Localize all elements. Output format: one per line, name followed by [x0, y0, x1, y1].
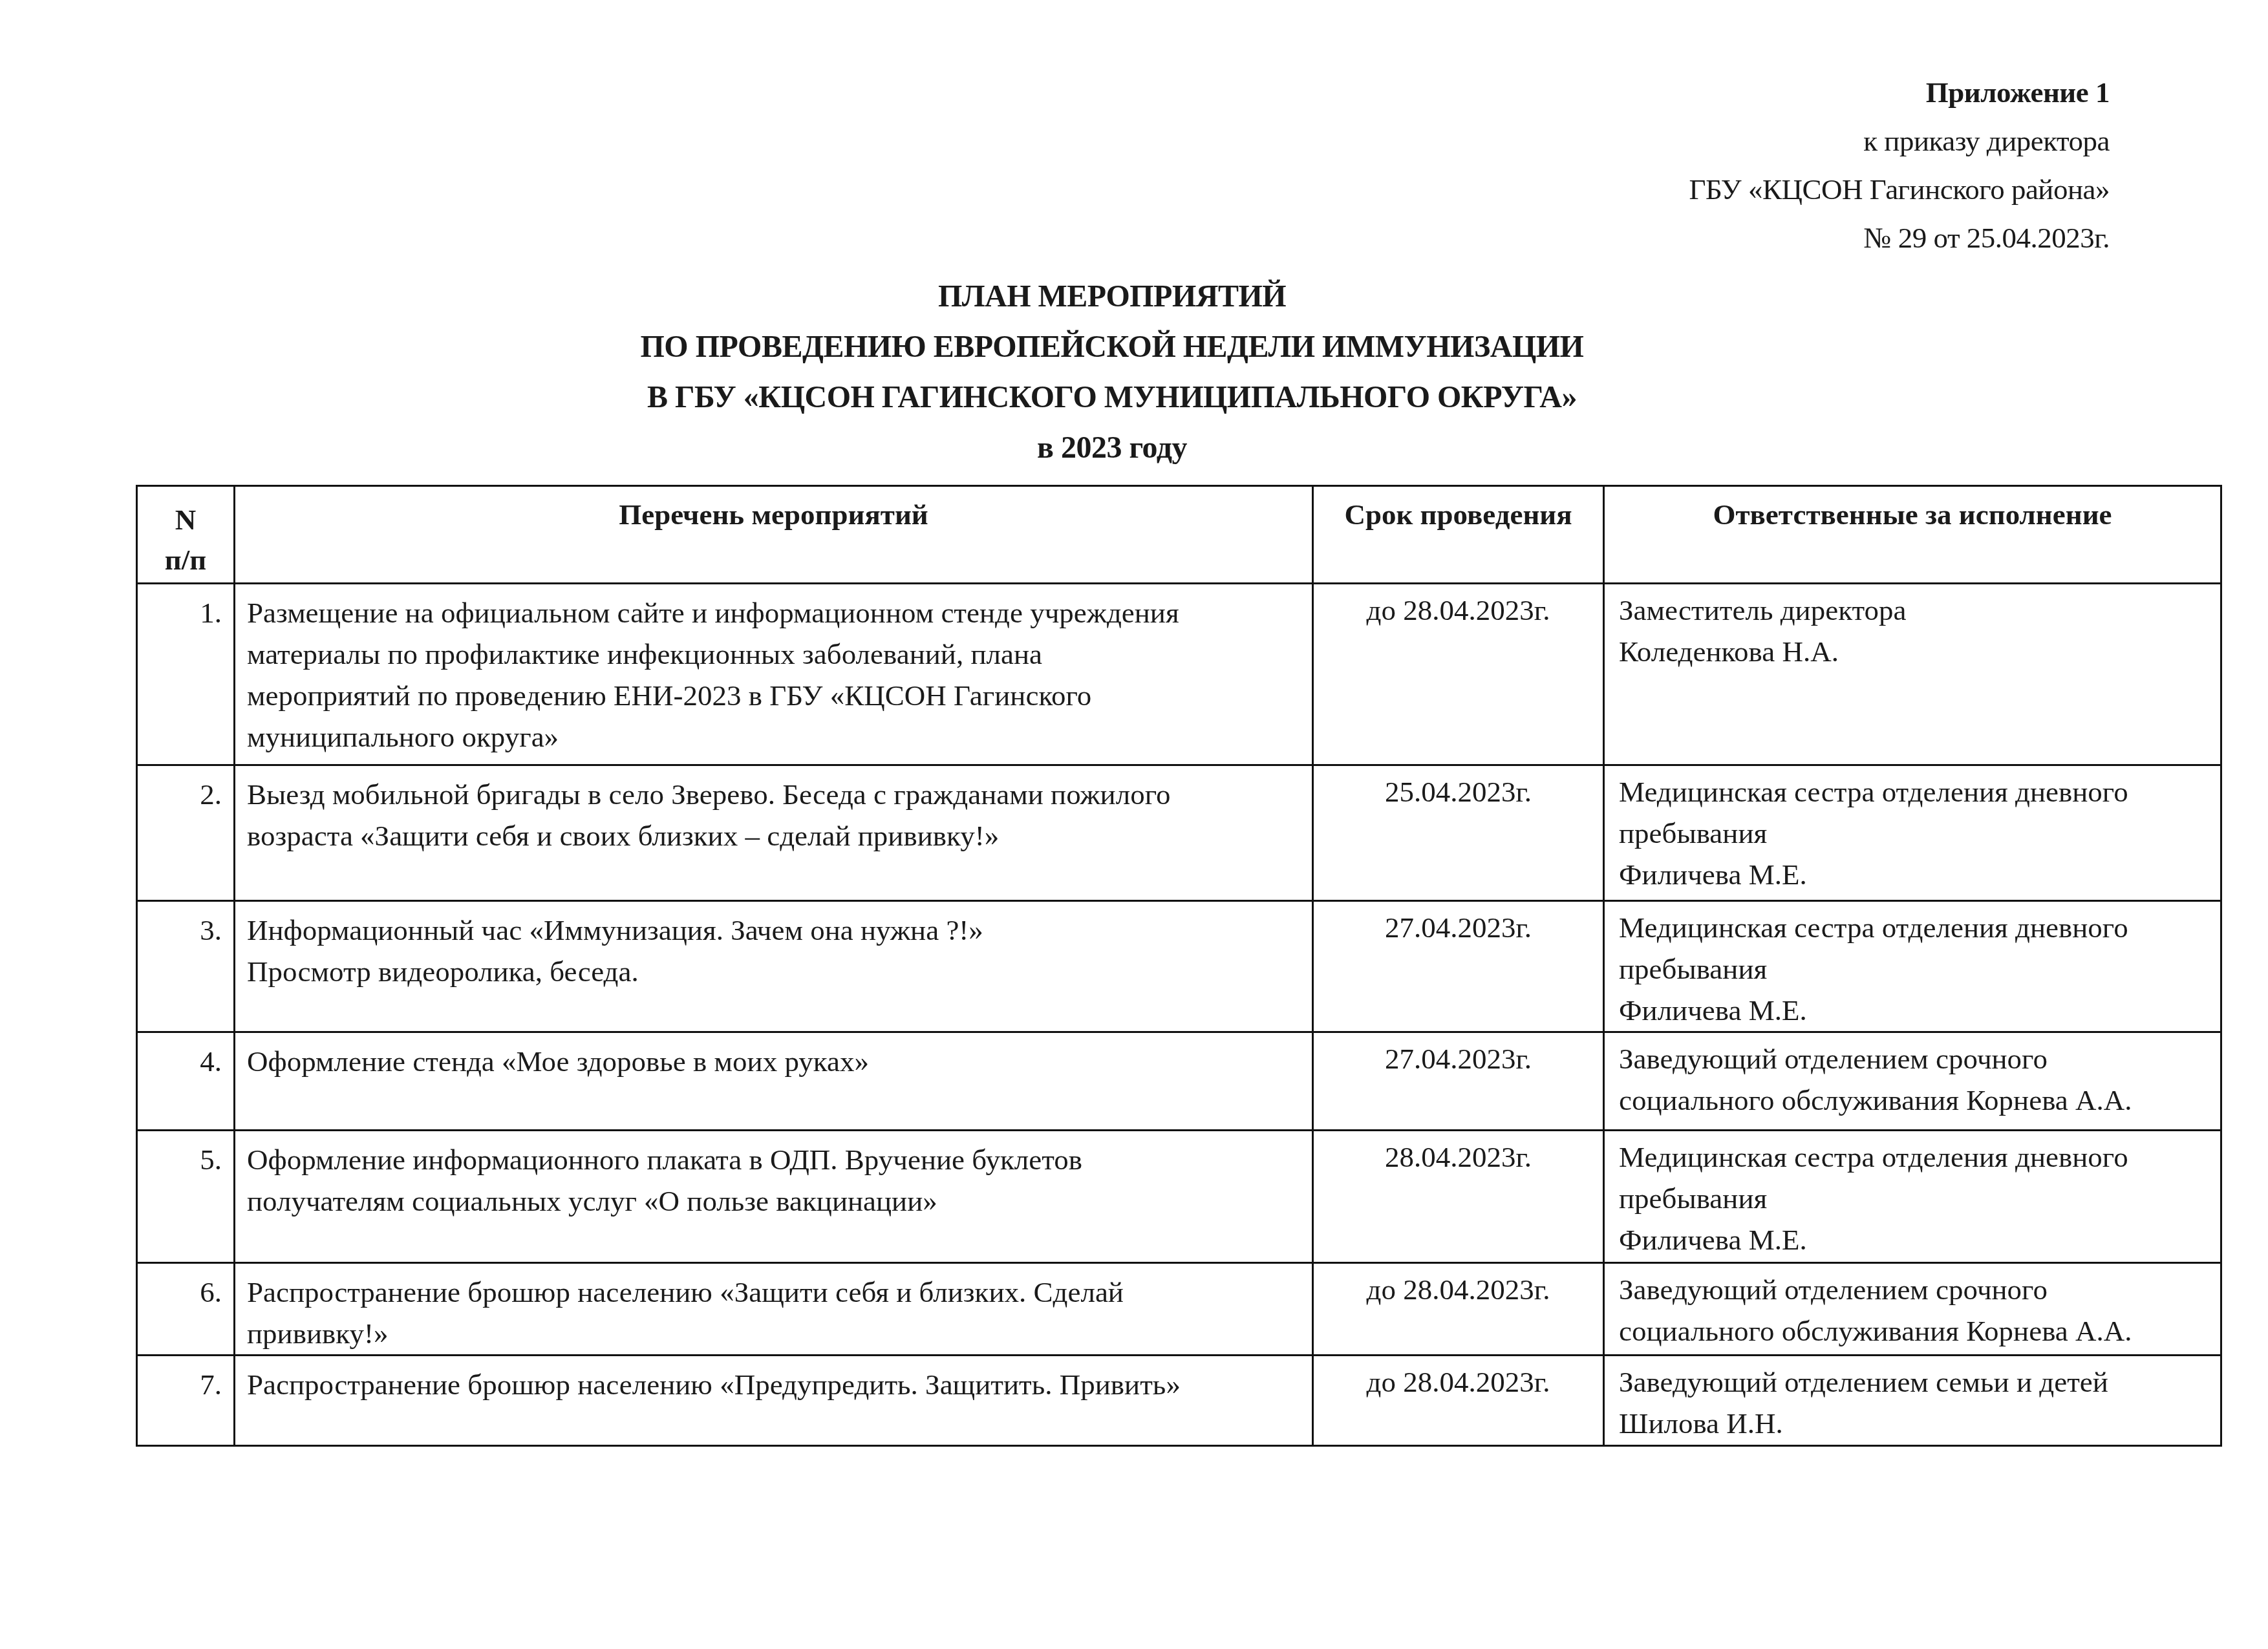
activity-cell: Оформление информационного плаката в ОДП…	[235, 1131, 1313, 1263]
table-row: 7.Распространение брошюр населению «Пред…	[137, 1356, 2221, 1446]
responsible-cell: Заместитель директораКоледенкова Н.А.	[1604, 584, 2221, 765]
date-cell: 25.04.2023г.	[1313, 765, 1604, 901]
responsible-cell: Медицинская сестра отделения дневногопре…	[1604, 765, 2221, 901]
responsible-line: Заведующий отделением срочного	[1619, 1038, 2216, 1080]
responsible-cell: Медицинская сестра отделения дневногопре…	[1604, 1131, 2221, 1263]
title-line: В ГБУ «КЦСОН ГАГИНСКОГО МУНИЦИПАЛЬНОГО О…	[0, 372, 2224, 423]
title-line: ПО ПРОВЕДЕНИЮ ЕВРОПЕЙСКОЙ НЕДЕЛИ ИММУНИЗ…	[0, 322, 2224, 372]
responsible-line: Шилова И.Н.	[1619, 1403, 2216, 1444]
activity-cell: Распространение брошюр населению «Защити…	[235, 1263, 1313, 1356]
activity-line: возраста «Защити себя и своих близких – …	[247, 815, 1305, 856]
activity-line: материалы по профилактике инфекционных з…	[247, 633, 1305, 675]
responsible-line: пребывания	[1619, 1178, 2216, 1219]
header-date: Срок проведения	[1313, 486, 1604, 584]
responsible-line: Филичева М.Е.	[1619, 854, 2216, 895]
row-number: 6.	[137, 1263, 235, 1356]
title-year: в 2023 году	[0, 423, 2224, 473]
responsible-line: пребывания	[1619, 948, 2216, 990]
date-cell: 27.04.2023г.	[1313, 1032, 1604, 1131]
activity-line: Оформление стенда «Мое здоровье в моих р…	[247, 1041, 1305, 1082]
title-line: ПЛАН МЕРОПРИЯТИЙ	[0, 271, 2224, 322]
activity-cell: Размещение на официальном сайте и информ…	[235, 584, 1313, 765]
responsible-cell: Заведующий отделением срочногосоциальног…	[1604, 1032, 2221, 1131]
responsible-cell: Медицинская сестра отделения дневногопре…	[1604, 901, 2221, 1032]
responsible-line: Коледенкова Н.А.	[1619, 631, 2216, 672]
responsible-line: Медицинская сестра отделения дневного	[1619, 907, 2216, 948]
table-row: 4.Оформление стенда «Мое здоровье в моих…	[137, 1032, 2221, 1131]
table-row: 1.Размещение на официальном сайте и инфо…	[137, 584, 2221, 765]
activity-cell: Оформление стенда «Мое здоровье в моих р…	[235, 1032, 1313, 1131]
responsible-line: Заместитель директора	[1619, 590, 2216, 631]
appendix-line: ГБУ «КЦСОН Гагинского района»	[1689, 165, 2110, 214]
table-body: 1.Размещение на официальном сайте и инфо…	[137, 584, 2221, 1446]
row-number: 4.	[137, 1032, 235, 1131]
responsible-line: Филичева М.Е.	[1619, 1219, 2216, 1261]
activity-line: Распространение брошюр населению «Предуп…	[247, 1364, 1305, 1405]
table-row: 2.Выезд мобильной бригады в село Зверево…	[137, 765, 2221, 901]
document-title: ПЛАН МЕРОПРИЯТИЙ ПО ПРОВЕДЕНИЮ ЕВРОПЕЙСК…	[0, 271, 2224, 473]
row-number: 5.	[137, 1131, 235, 1263]
responsible-line: социального обслуживания Корнева А.А.	[1619, 1310, 2216, 1352]
date-cell: до 28.04.2023г.	[1313, 1356, 1604, 1446]
plan-table: N п/п Перечень мероприятий Срок проведен…	[136, 485, 2222, 1447]
header-activity: Перечень мероприятий	[235, 486, 1313, 584]
header-number-line: N	[138, 500, 233, 540]
activity-line: получателям социальных услуг «О пользе в…	[247, 1180, 1305, 1222]
activity-line: Распространение брошюр населению «Защити…	[247, 1271, 1305, 1313]
date-cell: до 28.04.2023г.	[1313, 1263, 1604, 1356]
header-responsible: Ответственные за исполнение	[1604, 486, 2221, 584]
date-cell: 28.04.2023г.	[1313, 1131, 1604, 1263]
row-number: 1.	[137, 584, 235, 765]
header-number: N п/п	[137, 486, 235, 584]
activity-line: Размещение на официальном сайте и информ…	[247, 592, 1305, 633]
activity-line: мероприятий по проведению ЕНИ-2023 в ГБУ…	[247, 675, 1305, 716]
activity-cell: Информационный час «Иммунизация. Зачем о…	[235, 901, 1313, 1032]
row-number: 3.	[137, 901, 235, 1032]
activity-cell: Распространение брошюр населению «Предуп…	[235, 1356, 1313, 1446]
table-header-row: N п/п Перечень мероприятий Срок проведен…	[137, 486, 2221, 584]
activity-line: Информационный час «Иммунизация. Зачем о…	[247, 910, 1305, 951]
responsible-line: Заведующий отделением срочного	[1619, 1269, 2216, 1310]
appendix-order-number: № 29 от 25.04.2023г.	[1689, 214, 2110, 262]
responsible-line: Заведующий отделением семьи и детей	[1619, 1361, 2216, 1403]
responsible-line: Филичева М.Е.	[1619, 990, 2216, 1031]
date-cell: 27.04.2023г.	[1313, 901, 1604, 1032]
date-cell: до 28.04.2023г.	[1313, 584, 1604, 765]
row-number: 2.	[137, 765, 235, 901]
table-row: 3.Информационный час «Иммунизация. Зачем…	[137, 901, 2221, 1032]
appendix-header: Приложение 1 к приказу директора ГБУ «КЦ…	[1689, 69, 2110, 262]
appendix-title: Приложение 1	[1689, 69, 2110, 117]
table-row: 5.Оформление информационного плаката в О…	[137, 1131, 2221, 1263]
responsible-line: Медицинская сестра отделения дневного	[1619, 1136, 2216, 1178]
responsible-line: Медицинская сестра отделения дневного	[1619, 771, 2216, 813]
responsible-cell: Заведующий отделением семьи и детейШилов…	[1604, 1356, 2221, 1446]
responsible-line: социального обслуживания Корнева А.А.	[1619, 1080, 2216, 1121]
appendix-line: к приказу директора	[1689, 117, 2110, 165]
table-row: 6.Распространение брошюр населению «Защи…	[137, 1263, 2221, 1356]
header-number-line: п/п	[138, 540, 233, 580]
activity-line: прививку!»	[247, 1313, 1305, 1354]
responsible-cell: Заведующий отделением срочногосоциальног…	[1604, 1263, 2221, 1356]
row-number: 7.	[137, 1356, 235, 1446]
activity-line: Оформление информационного плаката в ОДП…	[247, 1139, 1305, 1180]
activity-cell: Выезд мобильной бригады в село Зверево. …	[235, 765, 1313, 901]
document-page: Приложение 1 к приказу директора ГБУ «КЦ…	[0, 0, 2268, 1649]
responsible-line: пребывания	[1619, 813, 2216, 854]
activity-line: Просмотр видеоролика, беседа.	[247, 951, 1305, 992]
activity-line: муниципального округа»	[247, 716, 1305, 758]
activity-line: Выезд мобильной бригады в село Зверево. …	[247, 774, 1305, 815]
